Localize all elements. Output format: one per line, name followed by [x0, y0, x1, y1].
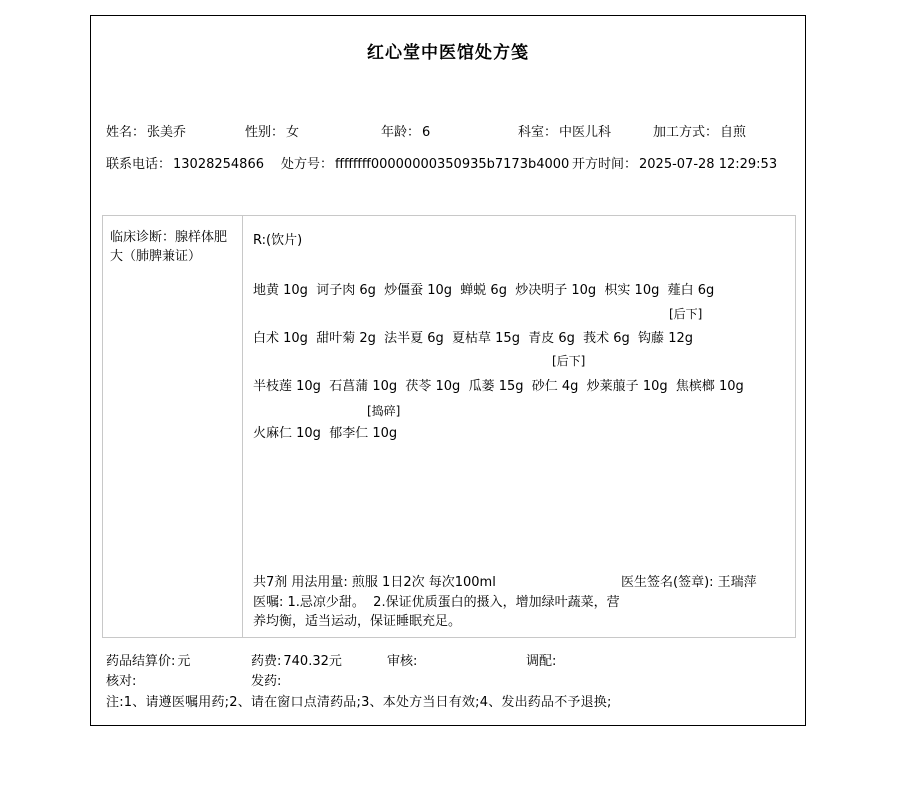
prescription-frame: 红心堂中医馆处方笺 姓名：张美乔 性别：女 年龄：6 科室：中医儿科 加工方式：… [90, 15, 806, 726]
field-department: 科室：中医儿科 [518, 121, 611, 140]
field-gender: 性别：女 [245, 121, 299, 140]
usage-summary: 共7剂 用法用量: 煎服 1日2次 每次100ml [253, 571, 496, 590]
field-rx-time: 开方时间：2025-07-28 12:29:53 [572, 153, 777, 172]
field-phone: 联系电话：13028254866 [106, 153, 264, 172]
herb-annotation-houxia-2: [后下] [552, 352, 585, 369]
herb-line-3: 半枝莲 10g 石菖蒲 10g 茯苓 10g 瓜蒌 15g 砂仁 4g 炒莱菔子… [253, 375, 744, 394]
doctor-signature-label: 医生签名(签章): [621, 575, 718, 590]
field-check: 核对: [106, 670, 136, 689]
diagnosis-label: 临床诊断： [110, 230, 175, 245]
field-age: 年龄：6 [381, 121, 430, 140]
field-issue: 发药: [251, 670, 281, 689]
medical-advice: 医嘱: 1.忌凉少甜。 2.保证优质蛋白的摄入，增加绿叶蔬菜，营养均衡，适当运动… [253, 593, 625, 631]
field-rx-number: 处方号：ffffffff00000000350935b7173b4000 [281, 153, 569, 172]
herb-line-2: 白术 10g 甜叶菊 2g 法半夏 6g 夏枯草 15g 青皮 6g 莪术 6g… [253, 327, 693, 346]
herb-line-1: 地黄 10g 诃子肉 6g 炒僵蚕 10g 蝉蜕 6g 炒决明子 10g 枳实 … [253, 279, 714, 298]
prescription-body: 临床诊断：腺样体肥大（肺脾兼证） R:(饮片) 地黄 10g 诃子肉 6g 炒僵… [102, 215, 796, 638]
field-fee: 药费:740.32元 [251, 650, 342, 669]
herb-annotation-houxia-1: [后下] [669, 305, 702, 322]
field-review: 审核: [387, 650, 417, 669]
field-settle-price: 药品结算价:元 [106, 650, 190, 669]
rx-cell: R:(饮片) 地黄 10g 诃子肉 6g 炒僵蚕 10g 蝉蜕 6g 炒决明子 … [243, 216, 795, 637]
herb-line-4: 火麻仁 10g 郁李仁 10g [253, 422, 397, 441]
page-title: 红心堂中医馆处方笺 [91, 38, 805, 63]
doctor-signature: 医生签名(签章): 王瑞萍 [621, 571, 757, 590]
field-name: 姓名：张美乔 [106, 121, 186, 140]
footer-note: 注:1、请遵医嘱用药;2、请在窗口点清药品;3、本处方当日有效;4、发出药品不予… [106, 691, 612, 710]
field-dispense: 调配: [526, 650, 556, 669]
prescription-page: 红心堂中医馆处方笺 姓名：张美乔 性别：女 年龄：6 科室：中医儿科 加工方式：… [0, 0, 900, 800]
herb-annotation-daosui: [捣碎] [367, 402, 400, 419]
rx-header: R:(饮片) [253, 229, 302, 248]
doctor-name: 王瑞萍 [718, 575, 757, 590]
diagnosis-cell: 临床诊断：腺样体肥大（肺脾兼证） [103, 216, 243, 637]
field-processing-method: 加工方式：自煎 [653, 121, 746, 140]
